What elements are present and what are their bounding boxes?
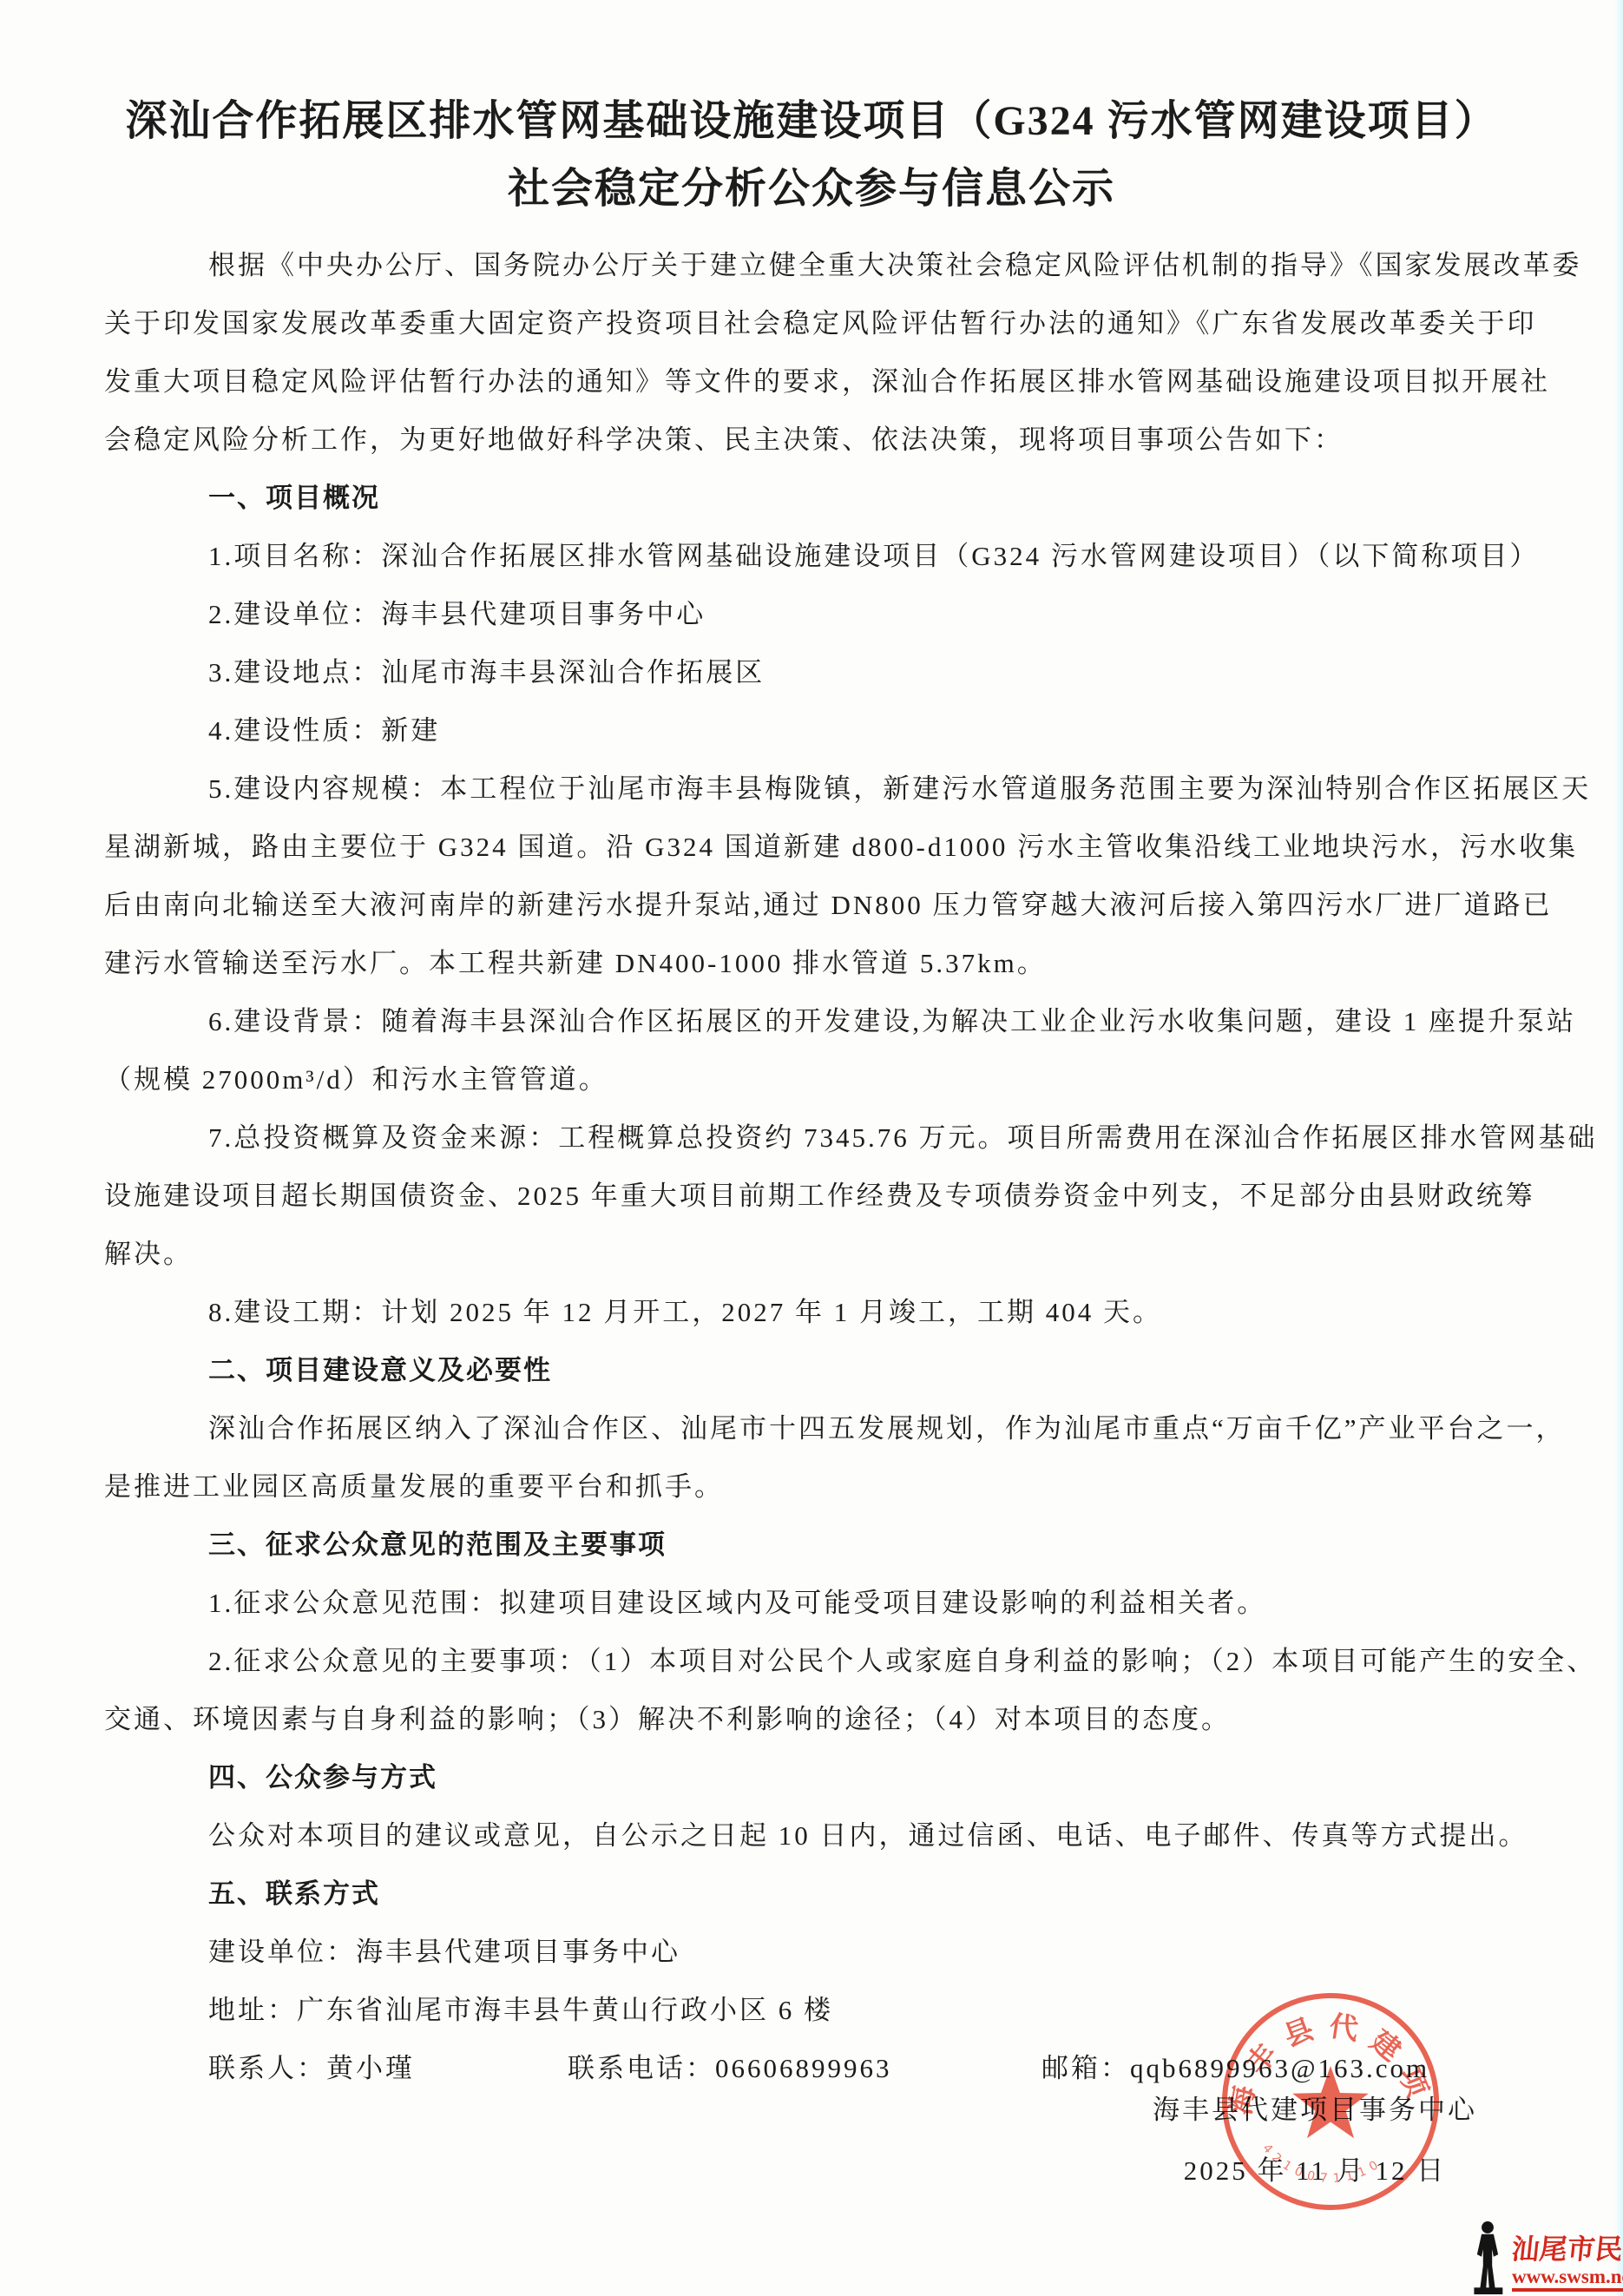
body-line: 1.项目名称：深汕合作拓展区排水管网基础设施建设项目（G324 污水管网建设项目… (208, 538, 1545, 575)
contact-phone: 联系电话：06606899963 (568, 2050, 892, 2087)
section-heading: 三、征求公众意见的范围及主要事项 (208, 1527, 1545, 1563)
body-line: 5.建设内容规模：本工程位于汕尾市海丰县梅陇镇，新建污水管道服务范围主要为深汕特… (208, 771, 1545, 807)
section-heading: 五、联系方式 (208, 1876, 1545, 1912)
official-seal: 海丰县代建项目事务中心 4210071110 (1213, 1984, 1448, 2219)
section-heading: 二、项目建设意义及必要性 (208, 1352, 1545, 1389)
contact-person: 联系人：黄小瑾 (208, 2050, 415, 2087)
body-line: 8.建设工期：计划 2025 年 12 月开工，2027 年 1 月竣工，工期 … (208, 1294, 1545, 1331)
body-line: 6.建设背景：随着海丰县深汕合作区拓展区的开发建设,为解决工业企业污水收集问题，… (208, 1003, 1545, 1040)
statue-figure-icon (1465, 2220, 1510, 2296)
document-title-line1: 深汕合作拓展区排水管网基础设施建设项目（G324 污水管网建设项目） (0, 87, 1623, 147)
body-line: 发重大项目稳定风险评估暂行办法的通知》等文件的要求，深汕合作拓展区排水管网基础设… (104, 364, 1545, 400)
scan-edge-tint (1614, 0, 1623, 2296)
watermark-site-name: 汕尾市民网 (1510, 2227, 1623, 2267)
svg-text:4210071110: 4210071110 (1259, 2141, 1380, 2186)
body-line: 建设单位：海丰县代建项目事务中心 (208, 1934, 1545, 1970)
body-line: 2.建设单位：海丰县代建项目事务中心 (208, 596, 1545, 633)
section-heading: 四、公众参与方式 (208, 1760, 1545, 1796)
body-line: 星湖新城，路由主要位于 G324 国道。沿 G324 国道新建 d800-d10… (104, 829, 1545, 865)
watermark-site-url: www.swsm.net (1512, 2266, 1623, 2292)
body-line: 解决。 (104, 1236, 1545, 1273)
body-line: 根据《中央办公厅、国务院办公厅关于建立健全重大决策社会稳定风险评估机制的指导》《… (208, 247, 1545, 284)
body-line: （规模 27000m³/d）和污水主管管道。 (104, 1062, 1545, 1098)
body-line: 1.征求公众意见范围：拟建项目建设区域内及可能受项目建设影响的利益相关者。 (208, 1585, 1545, 1622)
body-line: 建污水管输送至污水厂。本工程共新建 DN400-1000 排水管道 5.37km… (104, 945, 1545, 982)
red-star-icon (1292, 2066, 1368, 2138)
body-line: 是推进工业园区高质量发展的重要平台和抓手。 (104, 1469, 1545, 1505)
body-line: 后由南向北输送至大液河南岸的新建污水提升泵站,通过 DN800 压力管穿越大液河… (104, 887, 1545, 924)
body-line: 设施建设项目超长期国债资金、2025 年重大项目前期工作经费及专项债券资金中列支… (104, 1178, 1545, 1214)
notice-document-page: 深汕合作拓展区排水管网基础设施建设项目（G324 污水管网建设项目） 社会稳定分… (0, 0, 1623, 2296)
body-line: 4.建设性质：新建 (208, 713, 1545, 749)
section-heading: 一、项目概况 (208, 480, 1545, 516)
body-line: 交通、环境因素与自身利益的影响；（3）解决不利影响的途径；（4）对本项目的态度。 (104, 1701, 1545, 1738)
body-line: 深汕合作拓展区纳入了深汕合作区、汕尾市十四五发展规划，作为汕尾市重点“万亩千亿”… (208, 1411, 1545, 1447)
site-watermark: 汕尾市民网 www.swsm.net (1465, 2220, 1623, 2296)
body-line: 2.征求公众意见的主要事项：（1）本项目对公民个人或家庭自身利益的影响；（2）本… (208, 1643, 1545, 1680)
body-line: 公众对本项目的建议或意见，自公示之日起 10 日内，通过信函、电话、电子邮件、传… (208, 1818, 1545, 1854)
body-line: 会稳定风险分析工作，为更好地做好科学决策、民主决策、依法决策，现将项目事项公告如… (104, 422, 1545, 458)
seal-code-text: 4210071110 (1259, 2141, 1380, 2186)
body-line: 3.建设地点：汕尾市海丰县深汕合作拓展区 (208, 655, 1545, 691)
body-line: 关于印发国家发展改革委重大固定资产投资项目社会稳定风险评估暂行办法的通知》《广东… (104, 306, 1545, 342)
document-title-line2: 社会稳定分析公众参与信息公示 (0, 155, 1623, 214)
body-line: 7.总投资概算及资金来源：工程概算总投资约 7345.76 万元。项目所需费用在… (208, 1120, 1545, 1156)
